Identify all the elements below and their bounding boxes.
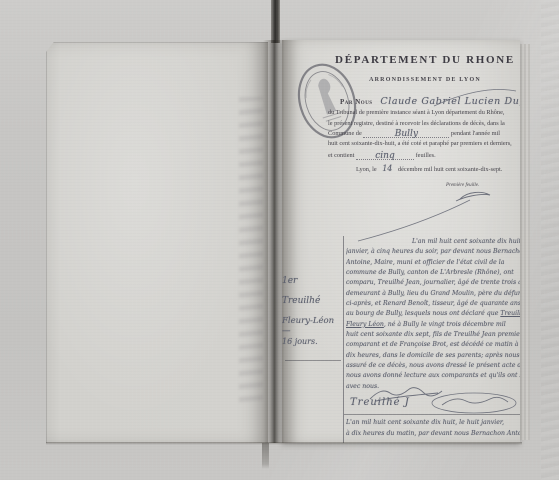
act-line: Fleury Léon, né à Bully le vingt trois d…: [346, 320, 520, 330]
date-line: Lyon, le 14 décembre mil huit cent soixa…: [356, 164, 502, 173]
act-line: commune de Bully, canton de L'Arbresle (…: [346, 268, 520, 278]
signature-declarant: Treuilhé J: [350, 397, 410, 408]
act-line: huit cent soixante dix sept, fils de Tre…: [346, 330, 520, 340]
date-value: 14: [382, 164, 392, 173]
page-stack-edges: [520, 44, 530, 440]
act-line: au bourg de Bully, lesquels nous ont déc…: [346, 309, 520, 319]
next-act-text: L'an mil huit cent soixante dix huit, le…: [346, 418, 520, 439]
death-act-text: L'an mil huit cent soixante dix huit, le…: [346, 237, 520, 392]
contient-label: et contient: [328, 152, 354, 159]
date-label: Lyon, le: [356, 166, 377, 173]
deceased-firstnames: Fleury-Léon —: [282, 316, 342, 336]
act-line-text: au bourg de Bully, lesquels nous ont déc…: [346, 310, 500, 317]
deceased-name-underlined: Treuilhé: [500, 310, 520, 317]
act-line: dix heures, dans le domicile de ses pare…: [346, 351, 520, 361]
form-line-tribunal: du Tribunal de première instance séant à…: [328, 110, 520, 116]
page-title: DÉPARTEMENT DU RHONE: [332, 54, 518, 66]
commune-value: Bully: [395, 129, 418, 139]
book-spine-top: [271, 0, 280, 43]
right-register-page: DÉPARTEMENT DU RHONE ARRONDISSEMENT DE L…: [282, 40, 520, 443]
annee-label: pendant l'année mil: [451, 130, 500, 137]
act-line: comparant et de Françoise Brot, est décé…: [346, 340, 520, 350]
name-flourish: [432, 82, 518, 110]
feuilles-label: feuilles.: [416, 152, 436, 159]
scanned-register-spread: DÉPARTEMENT DU RHONE ARRONDISSEMENT DE L…: [0, 0, 559, 480]
par-nous-label: Par Nous: [340, 98, 373, 106]
act-line: à dix heures du matin, par devant nous B…: [346, 429, 520, 440]
act-line: ci-après, et Renard Benoît, tisseur, âgé…: [346, 299, 520, 309]
greffier-signature: [352, 187, 502, 243]
act-line-text: , né à Bully le vingt trois décembre mil: [384, 321, 506, 328]
deceased-name-underlined: Fleury Léon: [346, 321, 384, 328]
contient-value: cinq: [375, 151, 394, 161]
form-line-contient: et contient cinq feuilles.: [328, 152, 520, 160]
ink-bleedthrough: [239, 97, 263, 407]
act-number: 1er: [282, 276, 342, 286]
commune-label: Commune de: [328, 130, 362, 137]
left-blank-page: [46, 42, 268, 443]
margin-underline: [285, 360, 341, 361]
contient-blank: cinq: [356, 152, 414, 160]
act-line: Antoine, Maire, muni et officier de l'ét…: [346, 258, 520, 268]
act-line: L'an mil huit cent soixante dix huit, le…: [346, 418, 520, 429]
act-divider: [344, 414, 520, 415]
act-line: assuré de ce décès, nous avons dressé le…: [346, 361, 520, 371]
deceased-surname: Treuilhé: [282, 296, 342, 306]
book-spine-bottom: [262, 443, 269, 469]
form-line-cote: huit cent soixante-dix-huit, a été coté …: [328, 141, 520, 147]
commune-blank: Bully: [363, 130, 449, 138]
act-line: comparu, Treuilhé Jean, journalier, âgé …: [346, 278, 520, 288]
act-line: L'an mil huit cent soixante dix huit, le…: [346, 237, 520, 247]
form-line-commune: Commune de Bully pendant l'année mil: [328, 130, 520, 138]
signature-right-oval: [428, 390, 520, 416]
margin-rule: [343, 236, 344, 443]
act-line: demeurant à Bully, lieu du Grand Moulin,…: [346, 289, 520, 299]
book-bottom-edge: [46, 442, 522, 445]
date-suffix: décembre mil huit cent soixante-dix-sept…: [398, 166, 502, 173]
act-line: janvier, à cinq heures du soir, par deva…: [346, 247, 520, 257]
form-line-registre: le présent registre, destiné à recevoir …: [328, 121, 520, 127]
deceased-age: 16 jours.: [282, 337, 342, 346]
act-line: nous avons donné lecture aux comparants …: [346, 371, 520, 381]
